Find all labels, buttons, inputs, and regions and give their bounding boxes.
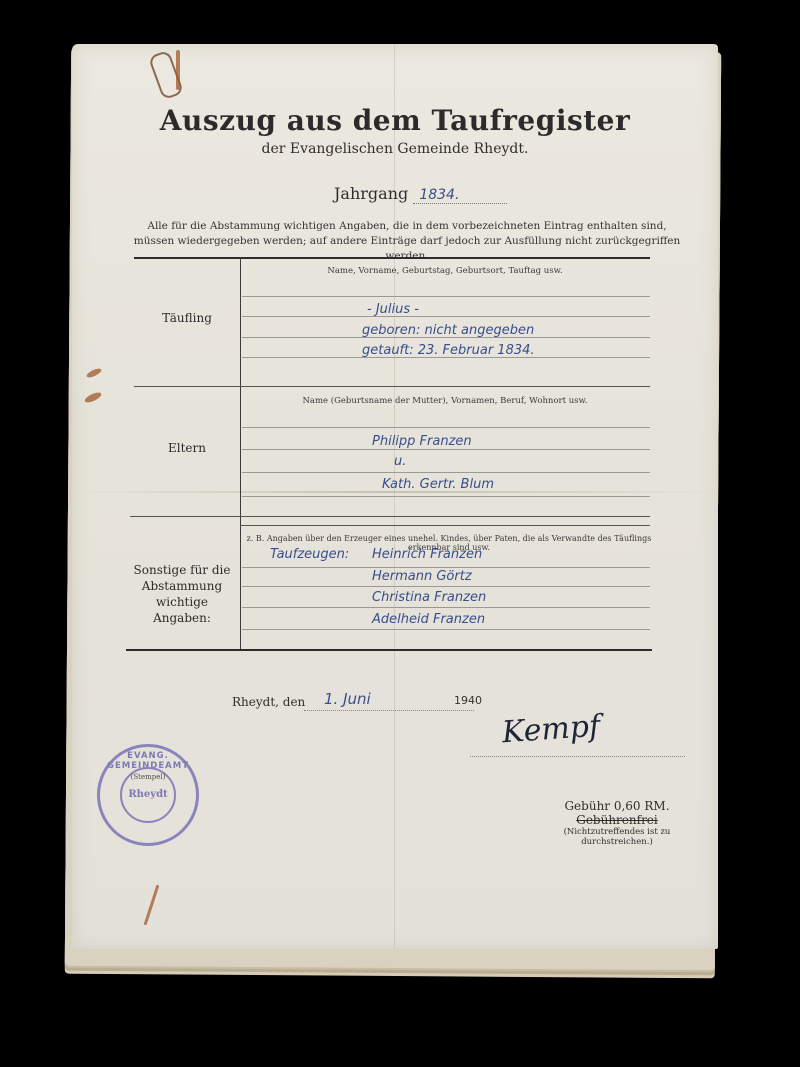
table-bottom-rule [126, 649, 652, 651]
document-subtitle: der Evangelischen Gemeinde Rheydt. [72, 141, 718, 157]
section-hint-eltern: Name (Geburtsname der Mutter), Vornamen,… [240, 396, 650, 406]
table-top-rule [134, 257, 650, 259]
rust-stain [85, 367, 102, 379]
handwritten-entry: Hermann Görtz [372, 569, 472, 584]
writing-line [242, 629, 650, 630]
writing-line [242, 427, 650, 428]
handwritten-entry: u. [394, 454, 406, 469]
fee-block: Gebühr 0,60 RM. Gebührenfrei (Nichtzutre… [542, 799, 692, 847]
handwritten-entry: - Julius - [367, 302, 419, 317]
handwritten-entry: Philipp Franzen [372, 434, 472, 449]
writing-line [242, 296, 650, 297]
rust-stain [83, 391, 102, 405]
writing-line [242, 449, 650, 450]
table-column-divider [240, 257, 241, 649]
writing-line [242, 607, 650, 608]
rust-stain [144, 885, 160, 926]
date-dotted-line [304, 710, 474, 711]
section-subrule [240, 525, 650, 526]
jahrgang-field: Jahrgang 1834. [334, 184, 507, 204]
writing-line [242, 567, 650, 568]
section-hint-taeufling: Name, Vorname, Geburtstag, Geburtsort, T… [240, 266, 650, 276]
section-label-sonstige: Sonstige für die Abstammung wichtige Ang… [126, 562, 238, 626]
signature-dotted-line [470, 756, 685, 757]
handwritten-entry: Heinrich Franzen [372, 547, 482, 562]
handwritten-date: 1. Juni [324, 690, 371, 708]
date-year: 1940 [454, 694, 482, 707]
fee-note: (Nichtzutreffendes ist zu durchstreichen… [542, 827, 692, 847]
rust-stain [176, 50, 180, 90]
place-date-line: Rheydt, den [232, 695, 305, 709]
writing-line [242, 586, 650, 587]
place-label: Rheydt, den [232, 695, 305, 709]
section-label-eltern: Eltern [134, 440, 240, 456]
section-divider [130, 516, 650, 517]
handwritten-entry: getauft: 23. Februar 1834. [362, 343, 535, 358]
writing-line [242, 316, 650, 317]
section-divider [134, 386, 650, 387]
writing-line [242, 472, 650, 473]
jahrgang-value: 1834. [413, 187, 507, 204]
handwritten-entry: geboren: nicht angegeben [362, 323, 534, 338]
handwritten-entry: Kath. Gertr. Blum [382, 477, 494, 492]
stamp-center-text: Rheydt [100, 789, 196, 800]
document-page: Auszug aus dem Taufregister der Evangeli… [72, 44, 718, 949]
church-stamp: EVANG. GEMEINDEAMT (Stempel) Rheydt [97, 744, 199, 846]
handwritten-prefix: Taufzeugen: [270, 547, 349, 562]
handwritten-entry: Adelheid Franzen [372, 612, 485, 627]
section-label-taeufling: Täufling [134, 310, 240, 326]
signature: Kempf [501, 709, 601, 751]
document-title: Auszug aus dem Taufregister [72, 104, 718, 137]
fee-amount: Gebühr 0,60 RM. [542, 799, 692, 813]
stamp-placeholder: (Stempel) [100, 773, 196, 781]
jahrgang-label: Jahrgang [334, 184, 408, 203]
fee-free-struck: Gebührenfrei [542, 813, 692, 827]
handwritten-entry: Christina Franzen [372, 590, 486, 605]
writing-line [242, 496, 650, 497]
